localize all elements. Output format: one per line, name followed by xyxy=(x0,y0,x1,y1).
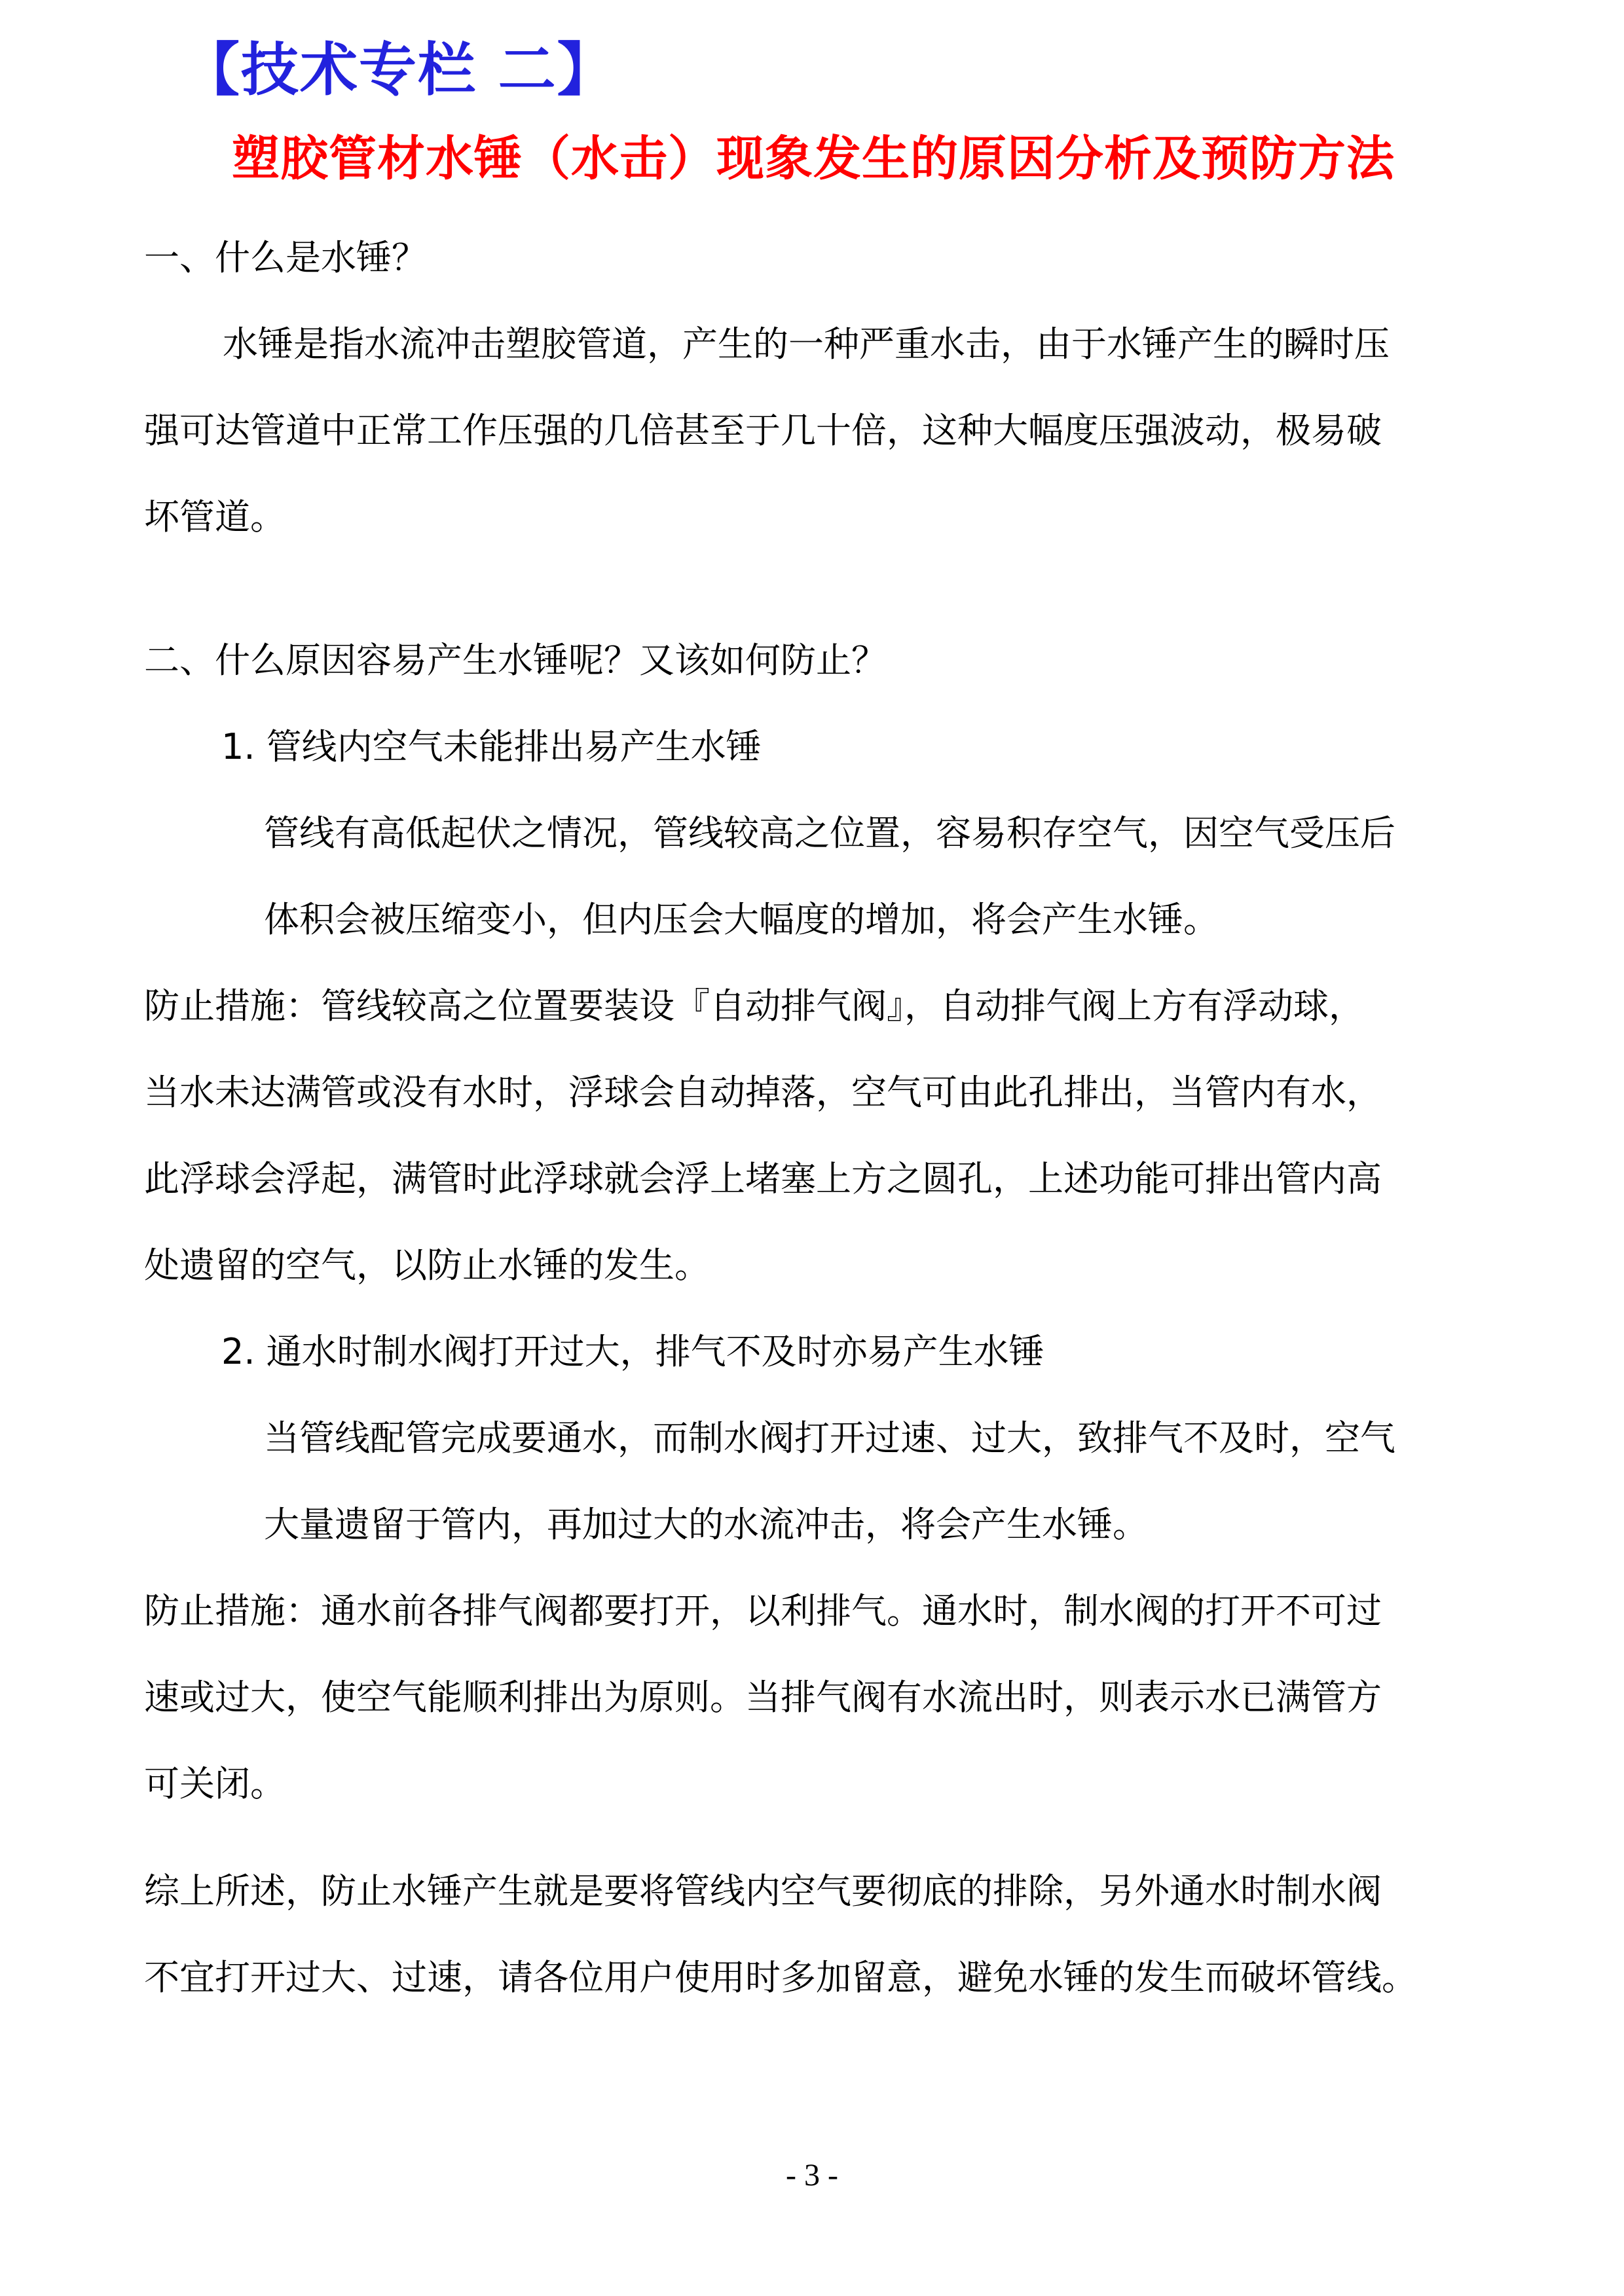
section-1-paragraph-line: 强可达管道中正常工作压强的几倍甚至于几十倍，这种大幅度压强波动，极易破 xyxy=(144,388,1483,474)
item-1-prevention-line: 此浮球会浮起，满管时此浮球就会浮上堵塞上方之圆孔，上述功能可排出管内高 xyxy=(144,1136,1483,1222)
section-2-heading: 二、什么原因容易产生水锤呢？又该如何防止？ xyxy=(144,617,1483,704)
item-2-prevention-line: 可关闭。 xyxy=(144,1741,1483,1827)
item-1-body-line: 管线有高低起伏之情况，管线较高之位置，容易积存空气，因空气受压后 xyxy=(144,790,1483,877)
item-1-body-line: 体积会被压缩变小，但内压会大幅度的增加，将会产生水锤。 xyxy=(144,877,1483,963)
conclusion-line: 综上所述，防止水锤产生就是要将管线内空气要彻底的排除，另外通水时制水阀 xyxy=(144,1848,1483,1935)
item-2-heading: 2. 通水时制水阀打开过大，排气不及时亦易产生水锤 xyxy=(144,1309,1483,1395)
document-page: 【技术专栏 二】 塑胶管材水锤（水击）现象发生的原因分析及预防方法 一、什么是水… xyxy=(0,0,1624,2296)
section-1-paragraph-line: 水锤是指水流冲击塑胶管道，产生的一种严重水击，由于水锤产生的瞬时压 xyxy=(144,301,1483,388)
body-text: 一、什么是水锤？ 水锤是指水流冲击塑胶管道，产生的一种严重水击，由于水锤产生的瞬… xyxy=(144,215,1483,2021)
column-header: 【技术专栏 二】 xyxy=(182,34,1483,106)
item-2-body-line: 当管线配管完成要通水，而制水阀打开过速、过大，致排气不及时，空气 xyxy=(144,1395,1483,1482)
item-1-prevention-line: 处遗留的空气，以防止水锤的发生。 xyxy=(144,1222,1483,1309)
section-1-heading: 一、什么是水锤？ xyxy=(144,215,1483,301)
item-1-prevention-line: 当水未达满管或没有水时，浮球会自动掉落，空气可由此孔排出，当管内有水， xyxy=(144,1049,1483,1136)
item-2-prevention-line: 速或过大，使空气能顺利排出为原则。当排气阀有水流出时，则表示水已满管方 xyxy=(144,1654,1483,1741)
item-1-prevention-line: 防止措施：管线较高之位置要装设『自动排气阀』，自动排气阀上方有浮动球， xyxy=(144,963,1483,1049)
section-1-paragraph-line: 坏管道。 xyxy=(144,474,1483,560)
item-1-heading: 1. 管线内空气未能排出易产生水锤 xyxy=(144,704,1483,790)
item-2-prevention-line: 防止措施：通水前各排气阀都要打开，以利排气。通水时，制水阀的打开不可过 xyxy=(144,1568,1483,1654)
document-title: 塑胶管材水锤（水击）现象发生的原因分析及预防方法 xyxy=(144,130,1483,189)
blank-line xyxy=(144,560,1483,617)
blank-line xyxy=(144,1827,1483,1848)
page-number: - 3 - xyxy=(0,2157,1624,2193)
page-content: 【技术专栏 二】 塑胶管材水锤（水击）现象发生的原因分析及预防方法 一、什么是水… xyxy=(144,0,1483,2021)
conclusion-line: 不宜打开过大、过速，请各位用户使用时多加留意，避免水锤的发生而破坏管线。 xyxy=(144,1935,1483,2021)
item-2-body-line: 大量遗留于管内，再加过大的水流冲击，将会产生水锤。 xyxy=(144,1482,1483,1568)
